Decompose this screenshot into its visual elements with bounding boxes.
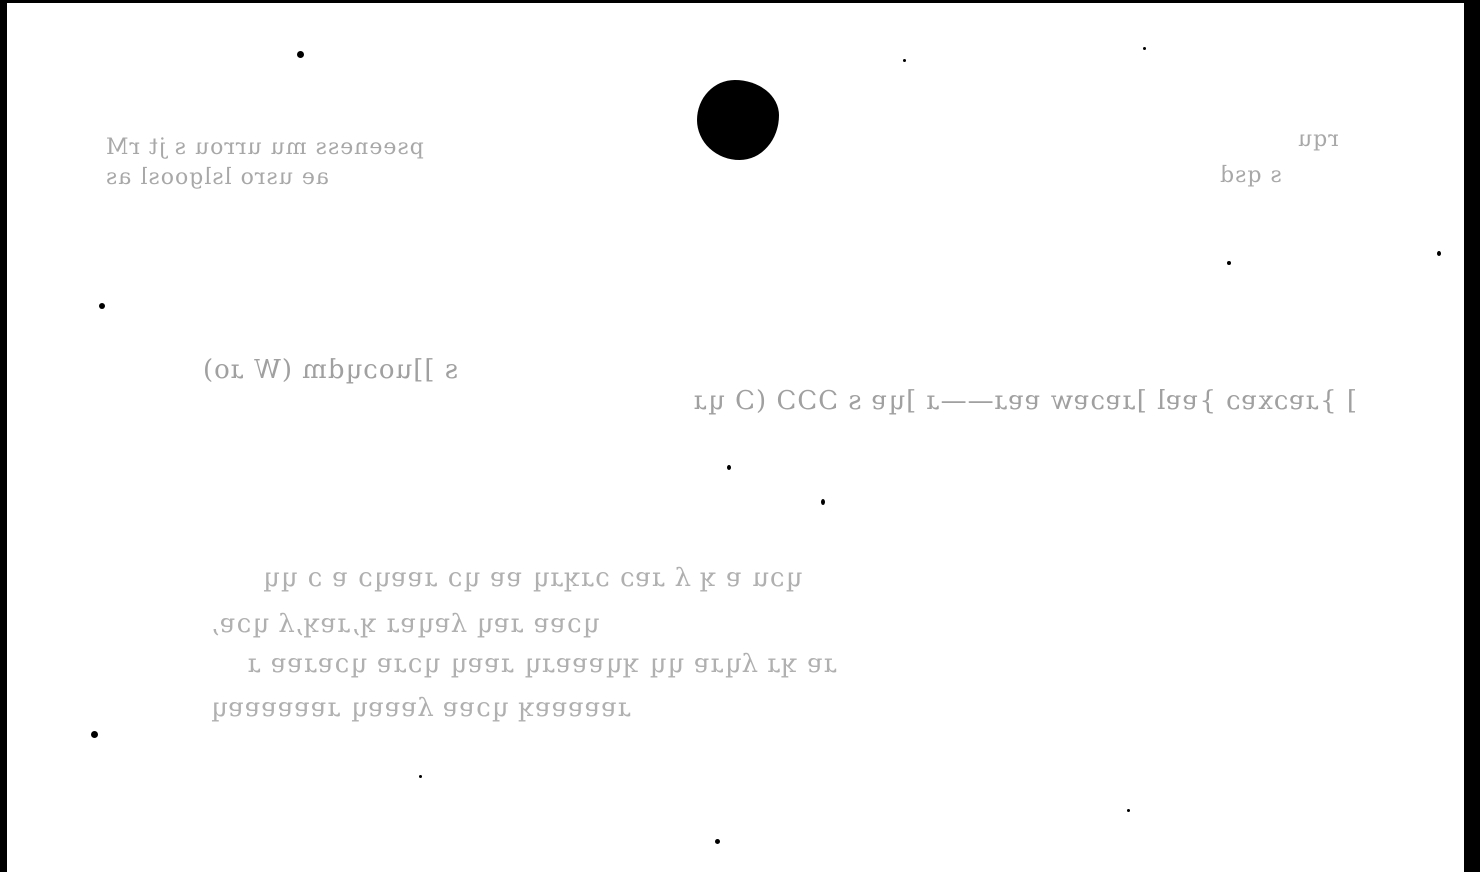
section-2-line-2: ɥɔɐɐ ɹɐɥ ʎɐɥɐɹ ʞ,ɹɐʞ,ʎ ɥɔɐ, bbox=[210, 609, 599, 639]
header-right-line-2: s qsd bbox=[1219, 163, 1282, 188]
speck bbox=[91, 731, 98, 738]
speck bbox=[727, 465, 731, 470]
section-2-line-1: ɥɔu ɐ ʞ ʎ ɹɐɔ ɔɹʞɹɥ ɐɐ ɥɔ ɹɐɐɥɔ ɐ ɔ ɥɥ bbox=[262, 563, 802, 593]
speck bbox=[1143, 47, 1146, 50]
speck bbox=[715, 839, 720, 844]
speck bbox=[99, 303, 105, 309]
scan-border-right bbox=[1464, 0, 1480, 872]
header-right-line-1: rqu bbox=[1297, 127, 1339, 152]
section-2-line-4: ɹɐɐɐɐɐʞ ɥɔɐɐ ʎɐɐɐɥ ɹɐɐɐɐɐɐɥ bbox=[210, 693, 631, 723]
section-2-line-3: ɹɐ ʞɹ ʎɥɹɐ ɥɥ ʞɥɐɐɐɹɥ ɹɐɐɥ ɥɔɹɐ ɥɔɐɹɐɐ ɹ bbox=[247, 649, 837, 679]
section-1-line-2: ] }ɹɐɔxɐɔ }ɐɐl ]ɹɐɔɐw ɐɐɹ——ɹ ]ɥɐ s ƆƆƆ (… bbox=[257, 386, 1357, 416]
section-1-line-1: s ]]uoɔɥdm (W ɹo) bbox=[202, 355, 458, 385]
scan-border-left bbox=[0, 0, 7, 872]
speck bbox=[419, 775, 422, 778]
speck bbox=[1227, 261, 1231, 265]
speck bbox=[903, 59, 906, 62]
ink-blot bbox=[697, 80, 779, 160]
header-left-line-1: pseeness mu urrou s jt rM bbox=[105, 135, 424, 160]
speck bbox=[297, 51, 304, 58]
speck bbox=[1127, 809, 1130, 812]
speck bbox=[821, 499, 825, 505]
header-left-line-2: ae usro lslgoosl as bbox=[105, 165, 329, 190]
scanned-page: pseeness mu urrou s jt rM ae usro lslgoo… bbox=[7, 3, 1464, 872]
speck bbox=[1437, 251, 1441, 256]
